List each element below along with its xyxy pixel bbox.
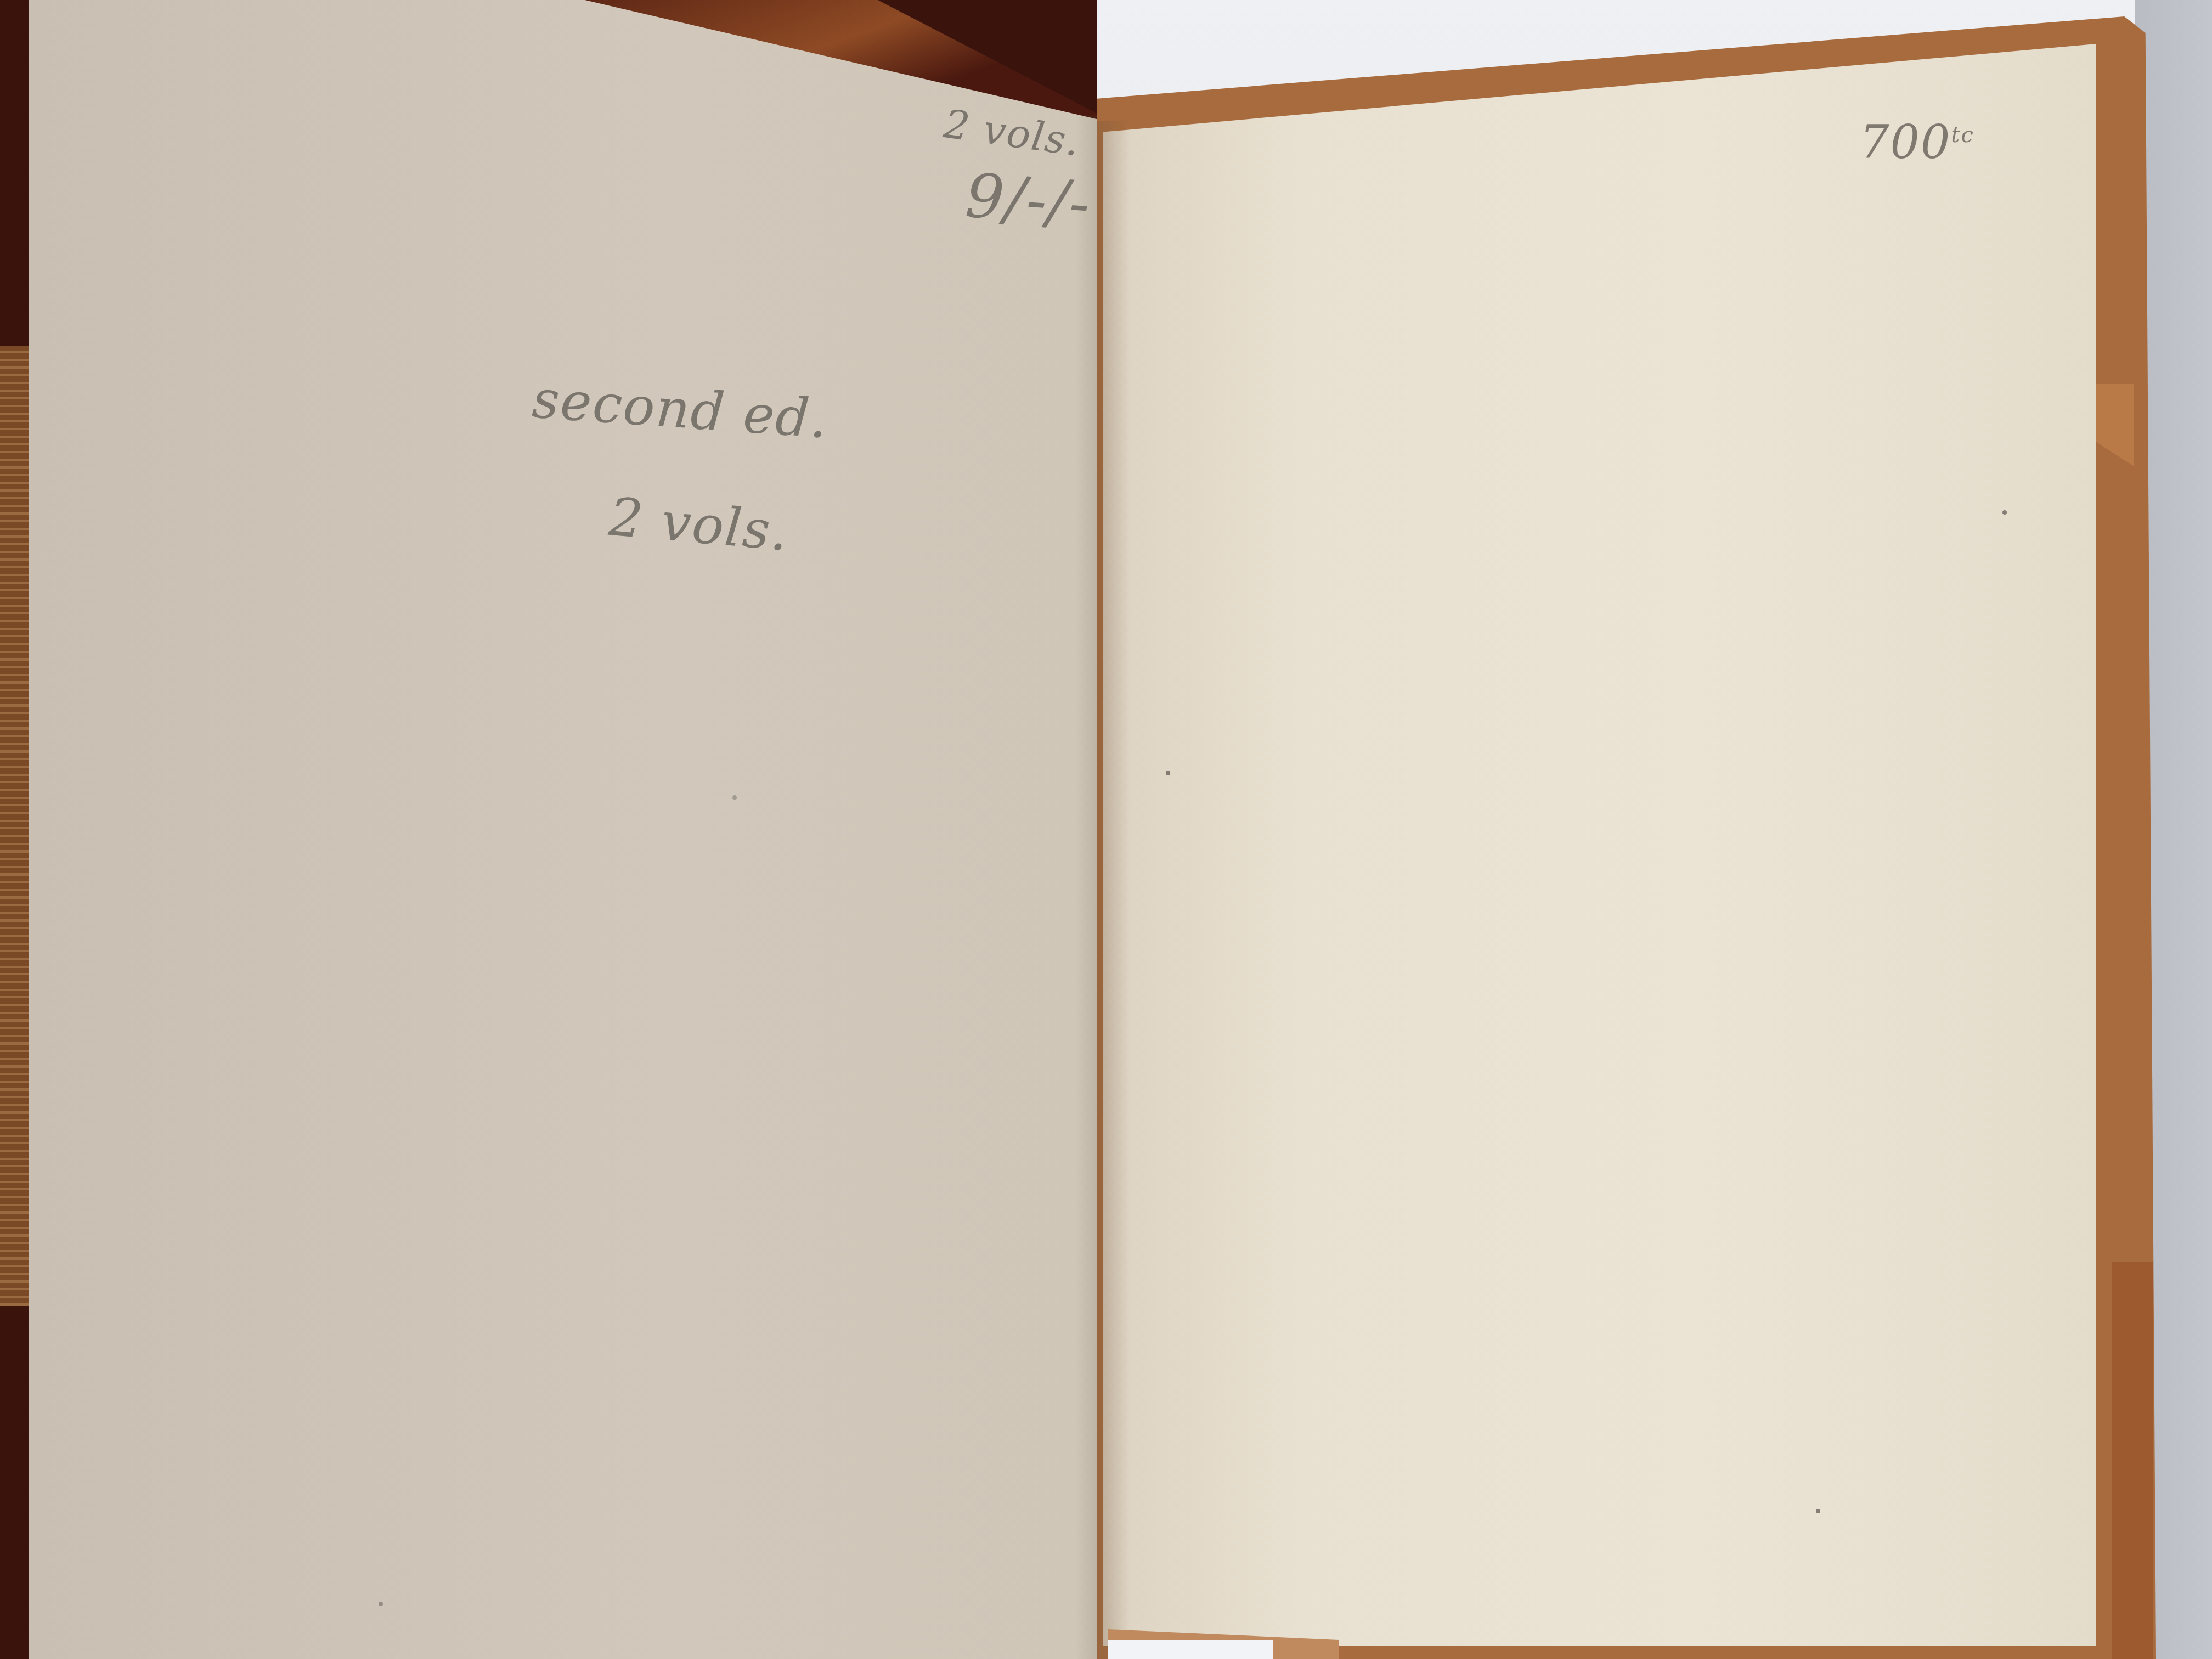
annotation-price: 9/-/- (963, 160, 1093, 239)
paper-speck (1816, 1509, 1820, 1513)
right-page-fold-shadow (1097, 121, 1130, 1659)
annotation-code-superscript: tc (1951, 122, 1974, 148)
paper-speck (732, 795, 737, 800)
paper-speck (1166, 771, 1170, 775)
annotation-code: 700tc (1860, 115, 1974, 169)
paper-speck (2002, 510, 2007, 515)
annotation-code-number: 700 (1860, 115, 1951, 169)
spine-cloth (0, 346, 29, 1306)
right-endpaper (1103, 44, 2096, 1646)
right-board-corner-bottom (2112, 1262, 2153, 1659)
bottom-table-gap (1108, 1640, 1273, 1659)
paper-speck (379, 1602, 383, 1606)
left-endpaper (29, 0, 1098, 1659)
